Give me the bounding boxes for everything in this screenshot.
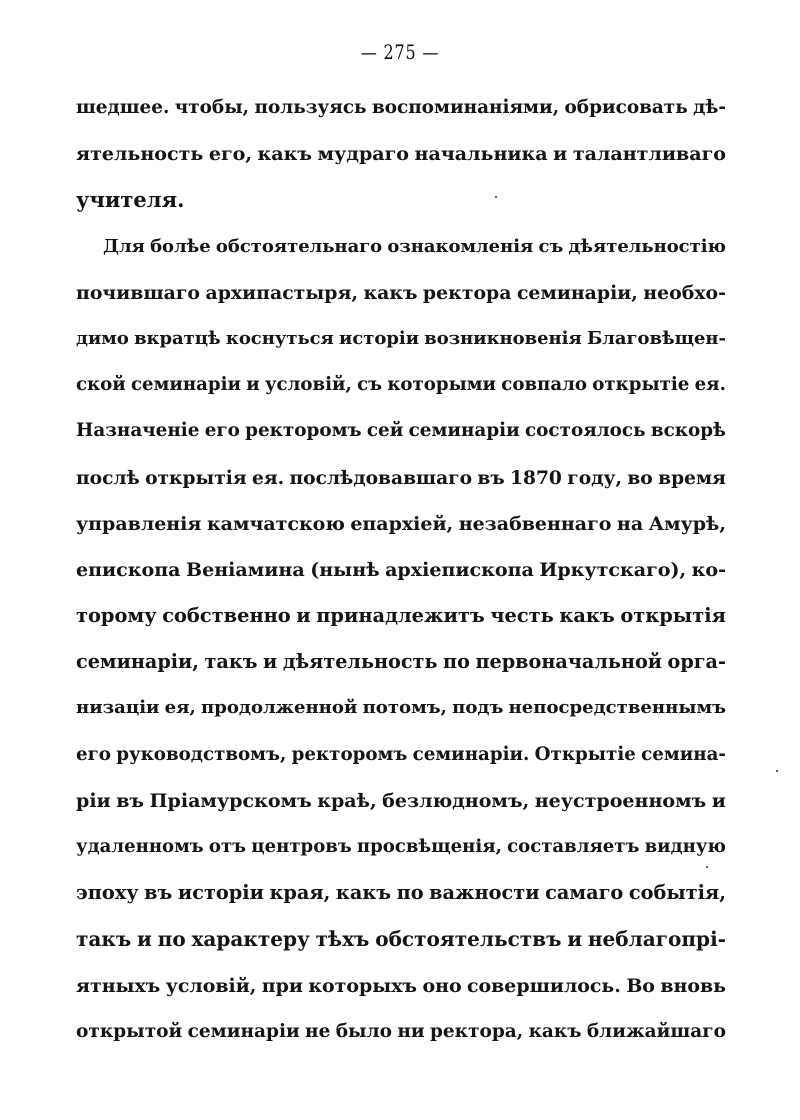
word: обрисовать bbox=[565, 88, 688, 134]
word: непосредственнымъ bbox=[509, 688, 726, 734]
word: Амурѣ, bbox=[649, 504, 726, 550]
word: и bbox=[246, 365, 259, 411]
text-line: семинаріи,такъидѣятельностьпопервоначаль… bbox=[76, 642, 726, 688]
word: собственно bbox=[162, 596, 291, 642]
word: неблагопрі- bbox=[588, 919, 726, 965]
word: по bbox=[158, 919, 186, 965]
word: семина- bbox=[641, 735, 726, 781]
word: не bbox=[305, 1012, 330, 1058]
word: дѣ- bbox=[693, 88, 726, 134]
word: краѣ, bbox=[317, 781, 376, 827]
text-line: такъипохарактерутѣхъобстоятельствъинебла… bbox=[76, 919, 726, 965]
text-line: удаленномъотъцентровъпросвѣщенія,составл… bbox=[76, 827, 726, 873]
word: ректоромъ bbox=[245, 411, 361, 457]
word: 1870 bbox=[510, 458, 562, 504]
word: какъ bbox=[363, 273, 417, 319]
word: при bbox=[262, 966, 303, 1012]
word: архіепископа bbox=[385, 550, 534, 596]
word: Во bbox=[626, 966, 655, 1012]
word: руководствомъ, bbox=[116, 735, 286, 781]
word: самаго bbox=[545, 873, 623, 919]
word: ректора bbox=[423, 273, 512, 319]
word: Для bbox=[103, 227, 145, 273]
word: димо bbox=[76, 319, 129, 365]
word: видную bbox=[645, 827, 726, 873]
word: управленія bbox=[76, 504, 201, 550]
word: событія, bbox=[629, 873, 726, 919]
word: ея. bbox=[695, 365, 726, 411]
word: коснуться bbox=[226, 319, 334, 365]
word: обстоятельствъ bbox=[375, 919, 561, 965]
word: архипастыря, bbox=[205, 273, 358, 319]
word: ознакомленія bbox=[387, 227, 533, 273]
word: орга- bbox=[668, 642, 726, 688]
word: болѣе bbox=[150, 227, 211, 273]
text-line: епископаВеніамина(нынѣархіепископаИркутс… bbox=[76, 550, 726, 596]
word: составляетъ bbox=[507, 827, 639, 873]
word: открытой bbox=[76, 1012, 182, 1058]
word: ятныхъ bbox=[76, 966, 160, 1012]
word: исторіи bbox=[178, 873, 264, 919]
word: ректоромъ bbox=[292, 735, 408, 781]
text-line: егоруководствомъ,ректоромъсеминаріи.Откр… bbox=[76, 735, 726, 781]
word: году, bbox=[567, 458, 622, 504]
scan-speck bbox=[776, 770, 778, 772]
word: дѣятельностію bbox=[568, 227, 726, 273]
word: талантливаго bbox=[573, 134, 726, 180]
word: Открытіе bbox=[535, 735, 636, 781]
word: просвѣщенія, bbox=[357, 827, 502, 873]
word: подъ bbox=[452, 688, 503, 734]
word: вскорѣ bbox=[651, 411, 726, 457]
text-line: димовкратцѣкоснутьсяисторіивозникновенія… bbox=[76, 319, 726, 365]
word: и bbox=[567, 919, 582, 965]
word: состоялось bbox=[525, 411, 646, 457]
word: потомъ, bbox=[363, 688, 447, 734]
word: и bbox=[553, 134, 567, 180]
word: Веніамина bbox=[186, 550, 305, 596]
text-line: ятельностьего,какъмудрагоначальникаитала… bbox=[76, 134, 726, 180]
word: условій, bbox=[166, 966, 257, 1012]
word: характеру bbox=[191, 919, 309, 965]
word: камчатскою bbox=[207, 504, 345, 550]
word: чтобы, bbox=[175, 88, 249, 134]
word: въ bbox=[144, 873, 172, 919]
text-line: эпохувъисторіикрая,какъповажностисамагос… bbox=[76, 873, 726, 919]
word: (нынѣ bbox=[310, 550, 379, 596]
word: ни bbox=[397, 1012, 424, 1058]
word: почившаго bbox=[76, 273, 200, 319]
text-line: Назначеніеегоректоромъсейсеминаріисостоя… bbox=[76, 411, 726, 457]
word: начальника bbox=[415, 134, 548, 180]
word: ректора, bbox=[430, 1012, 523, 1058]
word: оно bbox=[422, 966, 461, 1012]
word: по bbox=[397, 873, 424, 919]
word: низаціи bbox=[76, 688, 159, 734]
word: эпоху bbox=[76, 873, 139, 919]
word: ближайшаго bbox=[587, 1012, 726, 1058]
word: семинаріи bbox=[188, 1012, 300, 1058]
word: послѣдовавшаго bbox=[290, 458, 472, 504]
word: первоначальной bbox=[475, 642, 662, 688]
word: ріи bbox=[76, 781, 111, 827]
word: тѣхъ bbox=[316, 919, 370, 965]
word: какъ bbox=[559, 596, 614, 642]
word: шедшее. bbox=[76, 88, 169, 134]
text-line: послѣоткрытіяея.послѣдовавшаговъ1870году… bbox=[76, 458, 726, 504]
word: ея. bbox=[252, 458, 284, 504]
word: условій, bbox=[265, 365, 352, 411]
book-page: — 275 — шедшее.чтобы,пользуясьвоспоминан… bbox=[0, 0, 800, 1120]
word: семинаріи bbox=[131, 365, 241, 411]
word: и bbox=[137, 919, 152, 965]
word: которыхъ bbox=[308, 966, 417, 1012]
word: которыми bbox=[387, 365, 496, 411]
word: какъ bbox=[258, 134, 312, 180]
word: съ bbox=[539, 227, 564, 273]
word: семинаріи bbox=[409, 411, 520, 457]
word: центровъ bbox=[251, 827, 351, 873]
word: епархіей, bbox=[350, 504, 453, 550]
text-line: низаціиея,продолженнойпотомъ,подънепосре… bbox=[76, 688, 726, 734]
word: его bbox=[76, 735, 111, 781]
word: семинаріи. bbox=[413, 735, 530, 781]
word: и bbox=[712, 781, 726, 827]
page-number: — 275 — bbox=[80, 40, 720, 64]
text-line: управленіякамчатскоюепархіей,незабвеннаг… bbox=[76, 504, 726, 550]
word: исторіи bbox=[339, 319, 419, 365]
word: мудраго bbox=[318, 134, 409, 180]
word: возникновенія bbox=[424, 319, 581, 365]
word: въ bbox=[116, 781, 144, 827]
scan-speck bbox=[495, 196, 497, 198]
text-line: ріивъПріамурскомъкраѣ,безлюдномъ,неустро… bbox=[76, 781, 726, 827]
word: во bbox=[627, 458, 652, 504]
word: обстоятельнаго bbox=[216, 227, 382, 273]
word: открытія bbox=[620, 596, 726, 642]
text-line: Дляболѣеобстоятельнагоознакомленіясъдѣят… bbox=[76, 227, 726, 273]
word: по bbox=[443, 642, 470, 688]
word: и bbox=[296, 596, 310, 642]
word: торому bbox=[76, 596, 157, 642]
text-line: торомусобственноипринадлежитъчестькакъот… bbox=[76, 596, 726, 642]
word: ко- bbox=[692, 550, 726, 596]
word: епископа bbox=[76, 550, 181, 596]
word: Назначеніе bbox=[76, 411, 199, 457]
text-line: шедшее.чтобы,пользуясьвоспоминаніями,обр… bbox=[76, 88, 726, 134]
word: принадлежитъ bbox=[316, 596, 485, 642]
text-line: ятныхъусловій,прикоторыхъоносовершилось.… bbox=[76, 966, 726, 1012]
word: Иркутскаго), bbox=[539, 550, 686, 596]
word: такъ bbox=[205, 642, 258, 688]
text-line: скойсеминаріииусловій,съкоторымисовпалоо… bbox=[76, 365, 726, 411]
word: воспоминаніями, bbox=[372, 88, 559, 134]
word: и bbox=[263, 642, 277, 688]
word: ской bbox=[76, 365, 126, 411]
word: важности bbox=[429, 873, 539, 919]
word: какъ bbox=[336, 873, 391, 919]
text-line: учителя. bbox=[76, 180, 726, 226]
word: на bbox=[617, 504, 643, 550]
word: необхо- bbox=[643, 273, 726, 319]
text-line: почившагоархипастыря,какъректорасеминарі… bbox=[76, 273, 726, 319]
word: Пріамурскомъ bbox=[150, 781, 312, 827]
word: ятельность bbox=[76, 134, 203, 180]
text-line: открытойсеминаріинебылониректора,какъбли… bbox=[76, 1012, 726, 1058]
word: продолженной bbox=[201, 688, 357, 734]
word: Благовѣщен- bbox=[587, 319, 726, 365]
word: семинаріи, bbox=[517, 273, 638, 319]
body-text: шедшее.чтобы,пользуясьвоспоминаніями,обр… bbox=[76, 88, 726, 1058]
word: открытія bbox=[145, 458, 247, 504]
word: какъ bbox=[529, 1012, 582, 1058]
word: въ bbox=[477, 458, 504, 504]
word: съ bbox=[357, 365, 382, 411]
word: удаленномъ bbox=[76, 827, 204, 873]
word: безлюдномъ, bbox=[382, 781, 529, 827]
word: его bbox=[205, 411, 240, 457]
word: семинаріи, bbox=[76, 642, 199, 688]
word: вкратцѣ bbox=[134, 319, 221, 365]
word: было bbox=[336, 1012, 392, 1058]
word: пользуясь bbox=[254, 88, 366, 134]
word: такъ bbox=[76, 919, 131, 965]
word: время bbox=[658, 458, 726, 504]
word: учителя. bbox=[76, 180, 184, 226]
word: его, bbox=[209, 134, 252, 180]
word: совпало bbox=[501, 365, 587, 411]
word: отъ bbox=[209, 827, 246, 873]
word: незабвеннаго bbox=[459, 504, 612, 550]
word: честь bbox=[490, 596, 553, 642]
word: неустроенномъ bbox=[535, 781, 707, 827]
word: сей bbox=[367, 411, 403, 457]
word: вновь bbox=[660, 966, 726, 1012]
word: ея, bbox=[165, 688, 196, 734]
word: края, bbox=[269, 873, 330, 919]
scan-speck bbox=[706, 866, 708, 868]
word: совершилось. bbox=[467, 966, 621, 1012]
word: открытіе bbox=[592, 365, 689, 411]
word: послѣ bbox=[76, 458, 140, 504]
word: дѣятельность bbox=[283, 642, 438, 688]
